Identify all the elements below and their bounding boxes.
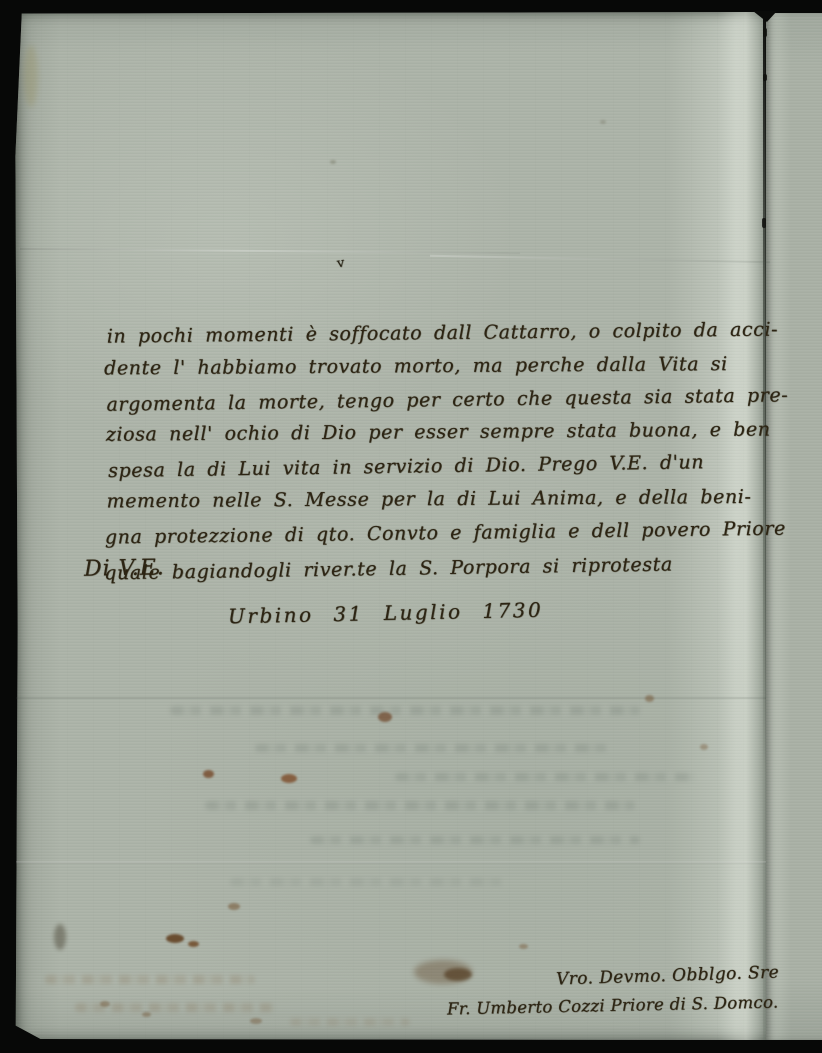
letter-closing: Di V.E. <box>84 555 165 581</box>
seam-mark <box>763 74 767 81</box>
letter-scan: v in pochi momenti è soffocato dall Catt… <box>0 0 822 1053</box>
manuscript-line: memento nelle S. Messe per la di Lui Ani… <box>106 481 788 519</box>
seam-mark <box>763 28 767 37</box>
seam-mark <box>762 218 766 228</box>
letter-body: in pochi momenti è soffocato dall Cattar… <box>107 313 792 584</box>
